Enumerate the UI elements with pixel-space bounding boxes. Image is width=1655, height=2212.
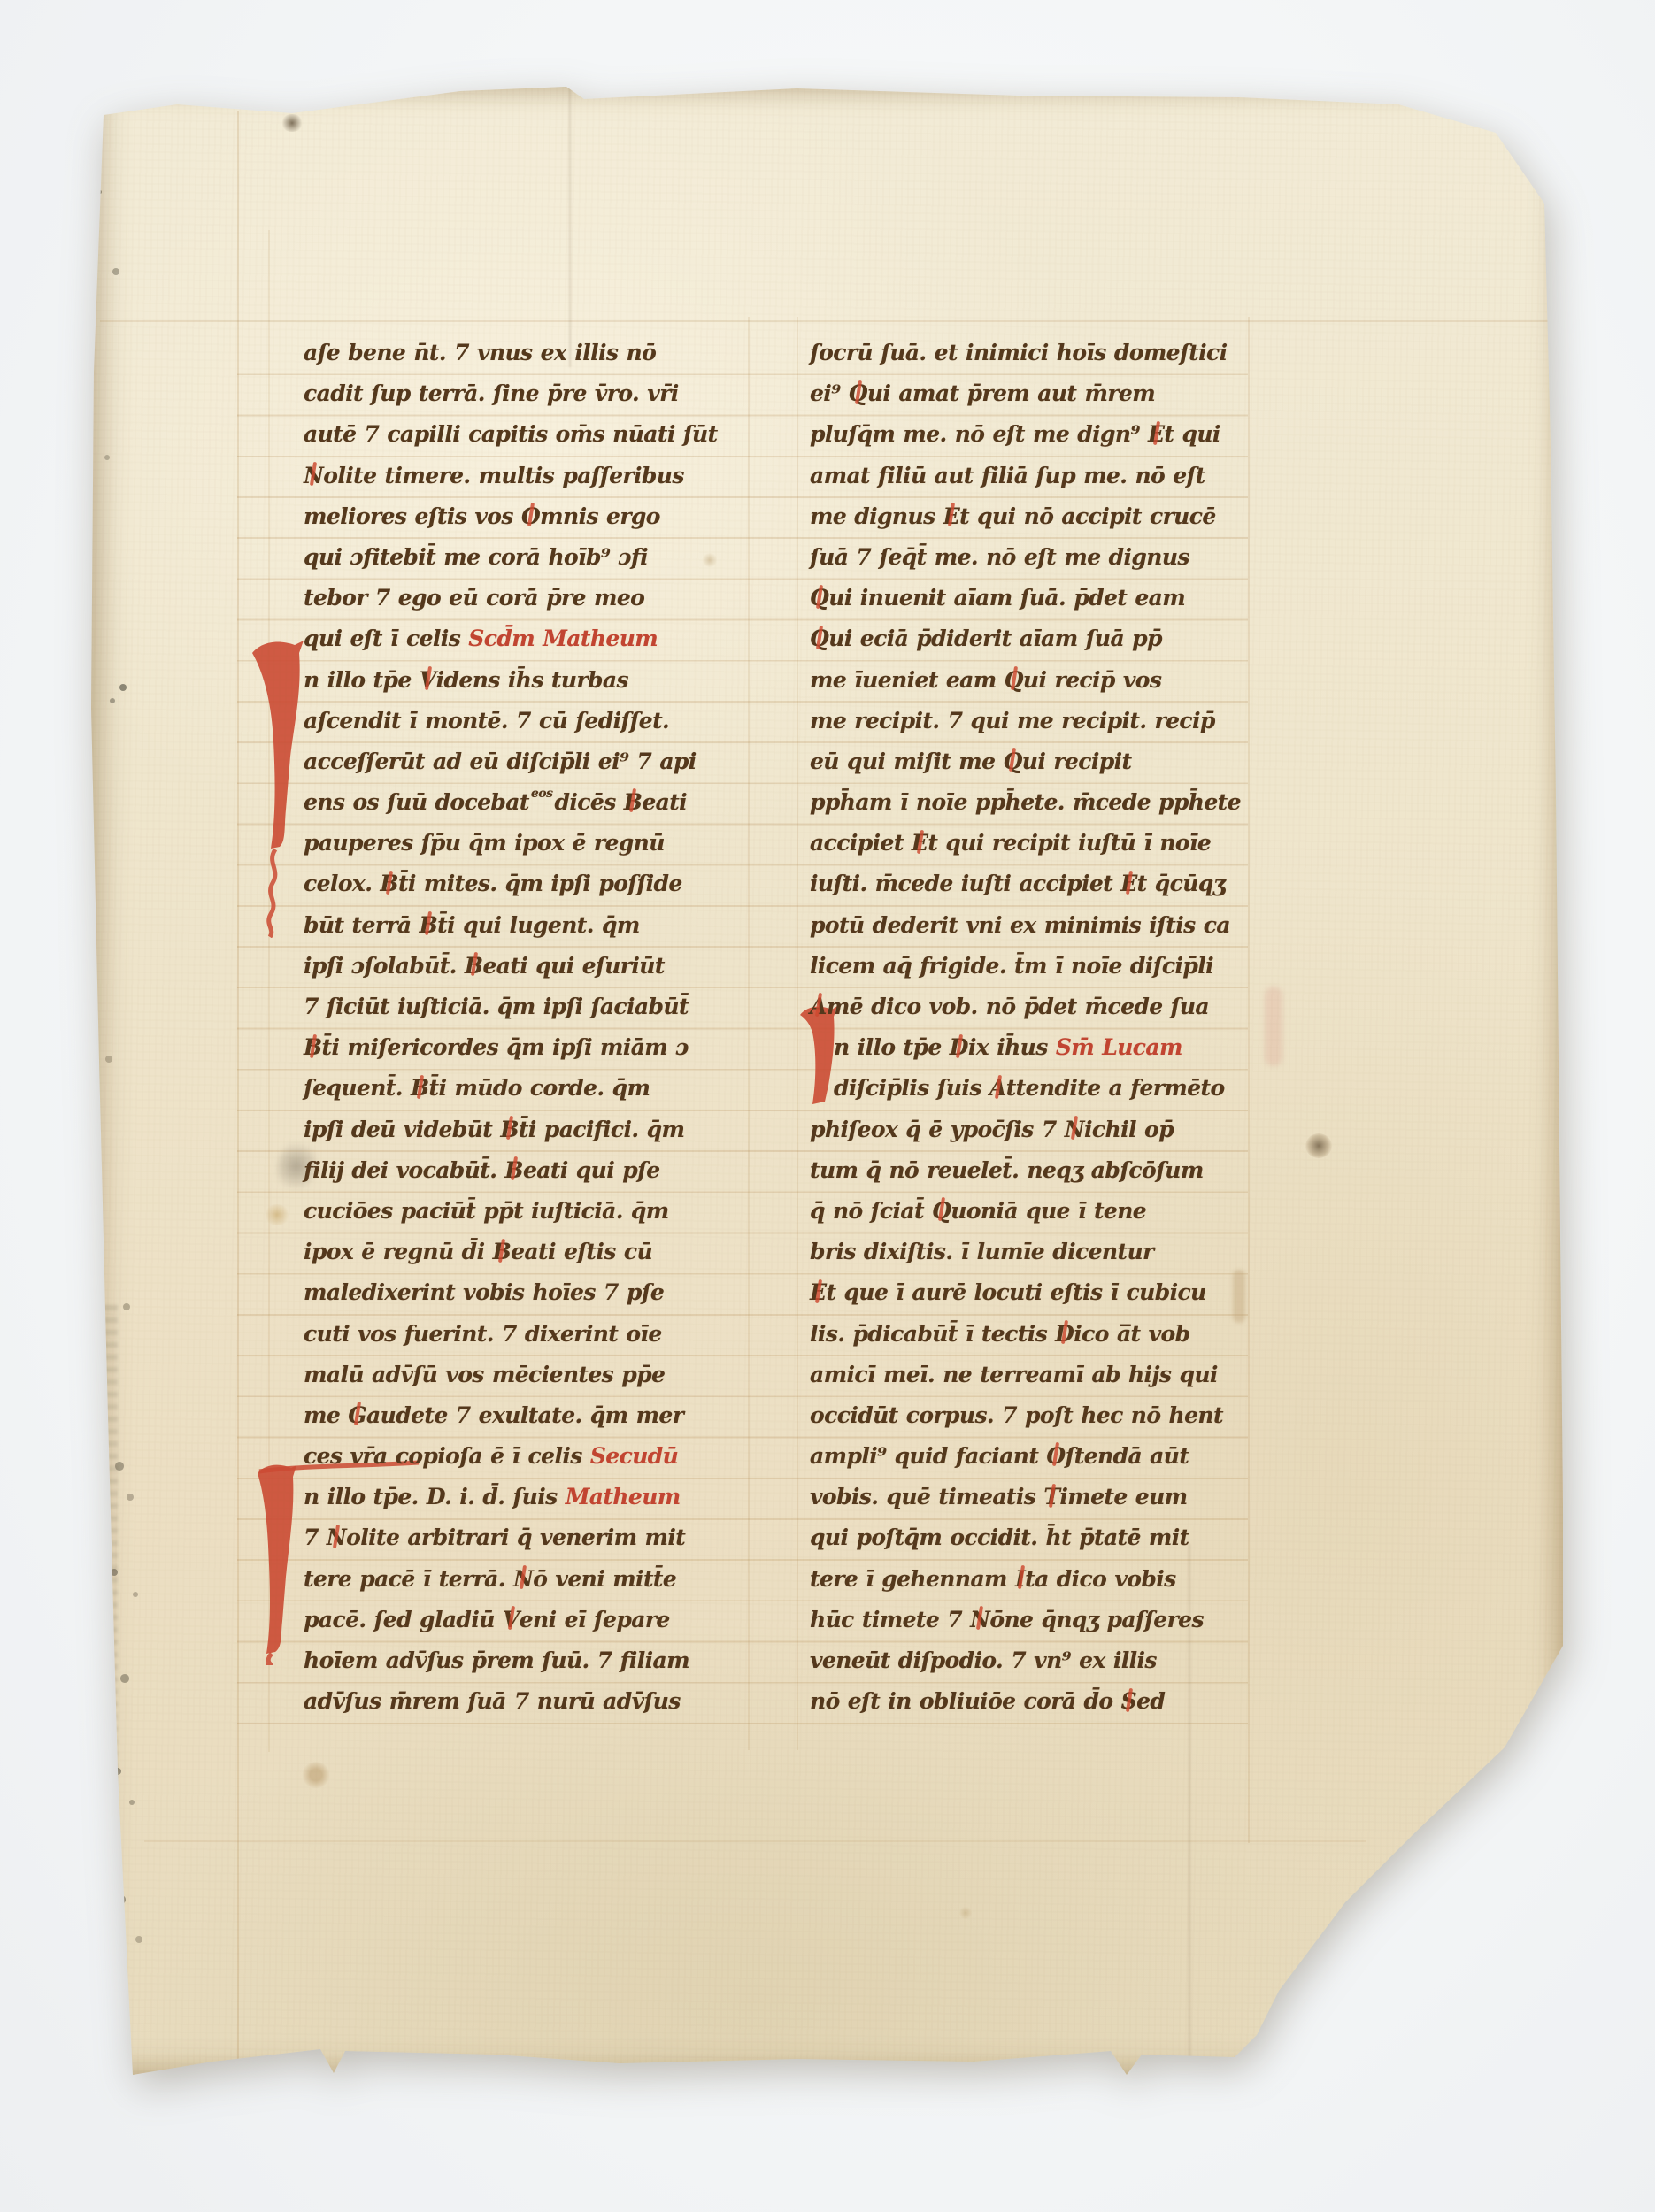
- text-line: ipſi ɔſolabūt̄. Beati qui eſuriūt: [304, 946, 751, 987]
- text-line: Nolite timere. multis paſſeribus: [304, 456, 751, 496]
- body-text: ipſi deū videbūt: [304, 1117, 500, 1142]
- body-text: ix ih̄us: [968, 1034, 1056, 1060]
- manuscript-leaf: aſe bene n̄t. 7 vnus ex illis nōcadit ſu…: [91, 84, 1565, 2079]
- text-line: cadit ſup terrā. ſine p̄re v̄ro. vr̄i: [304, 373, 751, 414]
- body-text: ttendite a fermēto: [1006, 1075, 1225, 1101]
- text-line: ſuā 7 ſeq̄t̄ me. nō eſt me dignus: [810, 537, 1252, 578]
- body-text: t qui: [1164, 421, 1220, 447]
- body-text: ed: [1136, 1688, 1165, 1714]
- body-text: D: [950, 1027, 968, 1068]
- body-text: 7 ſiciūt iuſticiā. q̄m ipſi ſaciabūt̄: [304, 994, 689, 1019]
- photo-background: aſe bene n̄t. 7 vnus ex illis nōcadit ſu…: [0, 0, 1655, 2212]
- text-line: me recipit. 7 qui me recipit. recip̄: [810, 701, 1252, 741]
- body-text: mnis ergo: [540, 503, 660, 529]
- text-line: iuſti. m̄cede iuſti accipiet Et q̄cūqʒ: [810, 864, 1252, 904]
- ruling-col2-left: [797, 317, 798, 1750]
- text-line: tebor 7 ego eū corā p̄re meo: [304, 578, 751, 618]
- body-text: ō veni mitt̄e: [533, 1566, 676, 1592]
- body-text: filij dei vocabūt̄.: [304, 1157, 504, 1183]
- body-text: me recipit. 7 qui me recipit. recip̄: [810, 708, 1215, 733]
- body-text: hoīem adv̄ſus p̄rem ſuū. 7 filiam: [304, 1647, 689, 1673]
- ruling-left-bound-outer: [237, 111, 239, 2062]
- text-line: vobis. quē timeatis Timete eum: [810, 1477, 1252, 1517]
- text-line: qui poſtq̄m occidit. h̄t p̄tatē mit: [810, 1517, 1252, 1558]
- body-text: t qui recipit iuſtū ī noīe: [928, 830, 1211, 856]
- body-text: maledixerint vobis hoīes 7 pſe: [304, 1279, 664, 1305]
- body-text: E: [1120, 864, 1136, 904]
- body-text: eati qui eſuriūt: [482, 953, 664, 979]
- body-text: ta dico vobis: [1025, 1566, 1175, 1592]
- body-text: E: [912, 823, 928, 864]
- text-line: acceſſerūt ad eū diſcip̄li ei⁹ 7 api: [304, 741, 751, 782]
- body-text: mē dico vob. nō p̄det m̄cede ſua: [827, 994, 1209, 1019]
- body-text: vobis. quē timeatis: [810, 1484, 1043, 1509]
- body-text: A: [989, 1068, 1006, 1109]
- body-text: B: [465, 946, 483, 987]
- body-text: t̄i mūdo corde. q̄m: [429, 1075, 650, 1101]
- body-text: me dignus: [810, 503, 943, 529]
- text-line: maledixerint vobis hoīes 7 pſe: [304, 1272, 751, 1313]
- body-text: pluſq̄m me. nō eſt me dign⁹: [810, 421, 1148, 447]
- body-text: Q: [1004, 741, 1022, 782]
- body-text: G: [348, 1395, 366, 1436]
- body-text: autē 7 capilli capitis om̄s nūati ſūt: [304, 421, 718, 447]
- text-line: occidūt corpus. 7 poſt hec nō hent: [810, 1395, 1252, 1436]
- body-text: n illo tp̄e: [834, 1034, 950, 1060]
- body-text: eati qui pſe: [523, 1157, 660, 1183]
- crease-top: [569, 84, 571, 367]
- text-line: amat filiū aut filiā ſup me. nō eſt: [810, 456, 1252, 496]
- body-text: nō eſt in obliuiōe corā d̄o: [810, 1688, 1121, 1714]
- body-text: N: [1065, 1110, 1084, 1150]
- body-text: B: [493, 1232, 512, 1272]
- body-text: veneūt diſpodio. 7 vn⁹ ex illis: [810, 1647, 1157, 1673]
- body-text: bris dixiſtis. ī lumīe dicentur: [810, 1239, 1154, 1264]
- text-line: me dignus Et qui nō accipit crucē: [810, 496, 1252, 537]
- text-line: tum q̄ nō reuelet̄. neqʒ abſcōſum: [810, 1150, 1252, 1191]
- body-text: olite arbitrari q̄ venerim mit: [346, 1525, 685, 1550]
- body-text: t qui nō accipit crucē: [959, 503, 1216, 529]
- body-text: Q: [849, 373, 867, 414]
- body-text: cadit ſup terrā. ſine p̄re v̄ro. vr̄i: [304, 380, 679, 406]
- body-text: D: [1055, 1314, 1074, 1355]
- body-text: B: [624, 782, 643, 823]
- text-line: pluſq̄m me. nō eſt me dign⁹ Et qui: [810, 414, 1252, 455]
- body-text: ui inuenit aīam ſuā. p̄det eam: [828, 585, 1185, 611]
- body-text: ipſi ɔſolabūt̄.: [304, 953, 465, 979]
- body-text: E: [1148, 414, 1164, 455]
- body-text: B: [304, 1027, 322, 1068]
- body-text: aſe bene n̄t. 7 vnus ex illis nō: [304, 340, 656, 365]
- body-text: V: [420, 660, 436, 701]
- text-line: eū qui miſit me Qui recipit: [810, 741, 1252, 782]
- text-line: aſe bene n̄t. 7 vnus ex illis nō: [304, 333, 751, 373]
- text-line: hūc timete 7 Nōne q̄nqʒ paſſeres: [810, 1600, 1252, 1640]
- text-line: Qui eciā p̄diderit aīam ſuā pp̄: [810, 618, 1252, 659]
- body-text: ei⁹: [810, 380, 849, 406]
- text-line: hoīem adv̄ſus p̄rem ſuū. 7 filiam: [304, 1640, 751, 1681]
- body-text: uoniā que ī tene: [951, 1198, 1146, 1224]
- body-text: lis. p̄dicabūt̄ ī tectis: [810, 1321, 1055, 1347]
- body-text: qui poſtq̄m occidit. h̄t p̄tatē mit: [810, 1525, 1189, 1550]
- body-text: ico a̅t vob: [1074, 1321, 1189, 1347]
- text-line: filij dei vocabūt̄. Beati qui pſe: [304, 1150, 751, 1191]
- body-text: q̄ nō ſciat̄: [810, 1198, 932, 1224]
- rubric-text: Sm̄ Lucam: [1056, 1034, 1182, 1060]
- text-line: Amē dico vob. nō p̄det m̄cede ſua: [810, 987, 1252, 1027]
- rubric-text: Scd̄m Matheum: [468, 626, 658, 651]
- text-line: tere pacē ī terrā. Nō veni mitt̄e: [304, 1559, 751, 1600]
- text-line: n illo tp̄e. D. i. d̄. ſuis Matheum: [304, 1477, 751, 1517]
- yellow-spot: [264, 1204, 290, 1225]
- rubric-text: Secudū: [590, 1443, 678, 1469]
- body-text: imete eum: [1059, 1484, 1187, 1509]
- interlinear-correction: eos: [531, 787, 553, 800]
- body-text: t que ī aurē locuti eſtis ī cubicu: [826, 1279, 1205, 1305]
- body-text: T: [1043, 1477, 1059, 1517]
- body-text: tum q̄ nō reuelet̄. neqʒ abſcōſum: [810, 1157, 1204, 1183]
- body-text: t q̄cūqʒ: [1137, 871, 1226, 896]
- body-text: N: [327, 1517, 346, 1558]
- body-text: ui eciā p̄diderit aīam ſuā pp̄: [828, 626, 1162, 651]
- body-text: idens ih̄s turbas: [436, 667, 628, 693]
- body-text: acceſſerūt ad eū diſcip̄li ei⁹ 7 api: [304, 749, 697, 774]
- text-line: ipox ē regnū d̄i Beati eſtis cū: [304, 1232, 751, 1272]
- text-line: qui eſt ī celis Scd̄m Matheum: [304, 618, 751, 659]
- text-line: n illo tp̄e Videns ih̄s turbas: [304, 660, 751, 701]
- body-text: hūc timete 7: [810, 1607, 970, 1632]
- body-text: B: [504, 1150, 523, 1191]
- text-line: 7 Nolite arbitrari q̄ venerim mit: [304, 1517, 751, 1558]
- body-text: accipiet: [810, 830, 912, 856]
- body-text: būt terrā: [304, 912, 420, 938]
- body-text: licem aq̄ frigide. t̄m ī noīe diſcip̄li: [810, 953, 1213, 979]
- body-text: n illo tp̄e: [304, 667, 420, 693]
- text-line: me īueniet eam Qui recip̄ vos: [810, 660, 1252, 701]
- body-text: adv̄ſus m̄rem ſuā 7 nurū adv̄ſus: [304, 1688, 681, 1714]
- body-text: malū adv̄ſū vos mēcientes pp̄e: [304, 1362, 665, 1387]
- text-line: nō eſt in obliuiōe corā d̄o Sed: [810, 1681, 1252, 1722]
- body-text: ampli⁹ quid faciant: [810, 1443, 1046, 1469]
- left-edge-speckles: [98, 190, 102, 194]
- body-text: N: [970, 1600, 989, 1640]
- body-text: aſcendit ī montē. 7 cū ſediſſet.: [304, 708, 669, 733]
- body-text: amat filiū aut filiā ſup me. nō eſt: [810, 463, 1205, 488]
- body-text: eni eī ſepare: [520, 1607, 670, 1632]
- body-text: S: [1121, 1681, 1136, 1722]
- body-text: E: [810, 1272, 826, 1313]
- text-line: ces vr̄a copioſa ē ī celis Secudū: [304, 1436, 751, 1477]
- body-text: tebor 7 ego eū corā p̄re meo: [304, 585, 644, 611]
- body-text: B: [500, 1110, 519, 1150]
- text-line: pph̄am ī noīe pph̄ete. m̄cede pph̄ete: [810, 782, 1252, 823]
- text-line: Bt̄i miſericordes q̄m ipſi miām ɔ: [304, 1027, 751, 1068]
- body-text: n illo tp̄e. D. i. d̄. ſuis: [304, 1484, 566, 1509]
- body-text: Q: [810, 618, 828, 659]
- body-text: Q: [810, 578, 828, 618]
- body-text: B: [420, 905, 438, 946]
- body-text: ui recipit: [1022, 749, 1132, 774]
- ruling-left-bound-inner: [268, 230, 270, 1752]
- dark-blob-right: [1305, 1133, 1332, 1158]
- text-line: q̄ nō ſciat̄ Quoniā que ī tene: [810, 1191, 1252, 1232]
- body-text: ui recip̄ vos: [1023, 667, 1161, 693]
- body-text: iuſti. m̄cede iuſti accipiet: [810, 871, 1120, 896]
- body-text: olite timere. multis paſſeribus: [323, 463, 684, 488]
- body-text: cuciōes paciūt̄ pp̄t iuſticiā. q̄m: [304, 1198, 669, 1224]
- body-text: O: [521, 496, 540, 537]
- text-line: potū dederit vni ex minimis iſtis ca: [810, 905, 1252, 946]
- body-text: qui ɔfitebit̄ me corā hoīb⁹ ɔfi: [304, 544, 648, 570]
- text-line: celox. Bt̄i mites. q̄m ipſi poſſide: [304, 864, 751, 904]
- body-text: V: [503, 1600, 520, 1640]
- body-text: eati eſtis cū: [511, 1239, 652, 1264]
- text-line: aſcendit ī montē. 7 cū ſediſſet.: [304, 701, 751, 741]
- body-text: eati: [642, 789, 687, 815]
- text-line: ampli⁹ quid faciant Oſtendā aūt: [810, 1436, 1252, 1477]
- text-line: cuti vos fuerint. 7 dixerint oīe: [304, 1314, 751, 1355]
- body-text: dicēs: [554, 789, 623, 815]
- body-text: occidūt corpus. 7 poſt hec nō hent: [810, 1402, 1223, 1428]
- text-line: phiſeox q̄ ē ypoc̄ſis 7 Nichil op̄: [810, 1110, 1252, 1150]
- left-edge-wear: [91, 1305, 118, 2075]
- body-text: meliores eſtis vos: [304, 503, 521, 529]
- text-line: me Gaudete 7 exultate. q̄m mer: [304, 1395, 751, 1436]
- foxing-dot-2: [958, 1907, 973, 1919]
- text-line: ſequent̄. Bt̄i mūdo corde. q̄m: [304, 1068, 751, 1109]
- body-text: phiſeox q̄ ē ypoc̄ſis 7: [810, 1117, 1065, 1142]
- body-text: 7: [304, 1525, 327, 1550]
- body-text: E: [943, 496, 959, 537]
- round-stain-lower-left: [302, 1762, 330, 1788]
- text-line: Et que ī aurē locuti eſtis ī cubicu: [810, 1272, 1252, 1313]
- text-line: pauperes ſp̄u q̄m ipox ē regnū: [304, 823, 751, 864]
- body-text: ōne q̄nqʒ paſſeres: [989, 1607, 1204, 1632]
- body-text: pauperes ſp̄u q̄m ipox ē regnū: [304, 830, 665, 856]
- body-text: ipox ē regnū d̄i: [304, 1239, 493, 1264]
- body-text: ſtendā aūt: [1066, 1443, 1189, 1469]
- body-text: N: [304, 456, 323, 496]
- text-line: veneūt diſpodio. 7 vn⁹ ex illis: [810, 1640, 1252, 1681]
- ruling-lower-horizontal: [144, 1840, 1366, 1842]
- body-text: ichil op̄: [1084, 1117, 1174, 1142]
- text-line: bris dixiſtis. ī lumīe dicentur: [810, 1232, 1252, 1272]
- text-line: n illo tp̄e Dix ih̄us Sm̄ Lucam: [810, 1027, 1252, 1068]
- text-line: ipſi deū videbūt Bt̄i pacifici. q̄m: [304, 1110, 751, 1150]
- text-line: būt terrā Bt̄i qui lugent. q̄m: [304, 905, 751, 946]
- body-text: B: [380, 864, 398, 904]
- pink-offset-smudge: [1265, 987, 1282, 1066]
- ruling-top-horizontal: [100, 320, 1551, 322]
- body-text: tere pacē ī terrā.: [304, 1566, 513, 1592]
- rubric-text: Matheum: [566, 1484, 681, 1509]
- body-text: Q: [932, 1191, 951, 1232]
- body-text: ens os ſuū docebat: [304, 789, 529, 815]
- text-line: amicī meī. ne terreamī ab hijs qui: [810, 1355, 1252, 1395]
- text-line: malū adv̄ſū vos mēcientes pp̄e: [304, 1355, 751, 1395]
- text-column-left: aſe bene n̄t. 7 vnus ex illis nōcadit ſu…: [304, 333, 751, 1722]
- body-text: t̄i miſericordes q̄m ipſi miām ɔ: [322, 1034, 689, 1060]
- body-text: Q: [1005, 660, 1023, 701]
- top-edge-blot: [281, 114, 304, 132]
- body-text: t̄i pacifici. q̄m: [519, 1117, 684, 1142]
- body-text: ſuā 7 ſeq̄t̄ me. nō eſt me dignus: [810, 544, 1189, 570]
- body-text: A: [810, 987, 827, 1027]
- text-line: pacē. ſed gladiū Veni eī ſepare: [304, 1600, 751, 1640]
- text-line: adv̄ſus m̄rem ſuā 7 nurū adv̄ſus: [304, 1681, 751, 1722]
- body-text: t̄i qui lugent. q̄m: [437, 912, 640, 938]
- body-text: pph̄am ī noīe pph̄ete. m̄cede pph̄ete: [810, 789, 1241, 815]
- body-text: B: [411, 1068, 429, 1109]
- text-line: diſcip̄lis ſuis Attendite a fermēto: [810, 1068, 1252, 1109]
- text-column-right: ſocrū ſuā. et inimici hoīs domeſticiei⁹ …: [810, 333, 1252, 1722]
- body-text: N: [513, 1559, 533, 1600]
- body-text: ces vr̄a copioſa ē ī celis: [304, 1443, 590, 1469]
- text-line: Qui inuenit aīam ſuā. p̄det eam: [810, 578, 1252, 618]
- body-text: me īueniet eam: [810, 667, 1005, 693]
- body-text: eū qui miſit me: [810, 749, 1004, 774]
- text-line: meliores eſtis vos Omnis ergo: [304, 496, 751, 537]
- text-line: licem aq̄ frigide. t̄m ī noīe diſcip̄li: [810, 946, 1252, 987]
- text-line: tere ī gehennam Ita dico vobis: [810, 1559, 1252, 1600]
- body-text: potū dederit vni ex minimis iſtis ca: [810, 912, 1230, 938]
- text-line: ſocrū ſuā. et inimici hoīs domeſtici: [810, 333, 1252, 373]
- body-text: celox.: [304, 871, 380, 896]
- text-line: ei⁹ Qui amat p̄rem aut m̄rem: [810, 373, 1252, 414]
- text-line: ens os ſuū docebateosdicēs Beati: [304, 782, 751, 823]
- body-text: pacē. ſed gladiū: [304, 1607, 503, 1632]
- body-text: ſequent̄.: [304, 1075, 411, 1101]
- text-line: cuciōes paciūt̄ pp̄t iuſticiā. q̄m: [304, 1191, 751, 1232]
- body-text: t̄i mites. q̄m ipſi poſſide: [398, 871, 682, 896]
- body-text: ui amat p̄rem aut m̄rem: [867, 380, 1155, 406]
- text-line: 7 ſiciūt iuſticiā. q̄m ipſi ſaciabūt̄: [304, 987, 751, 1027]
- body-text: ſocrū ſuā. et inimici hoīs domeſtici: [810, 340, 1228, 365]
- body-text: audete 7 exultate. q̄m mer: [366, 1402, 683, 1428]
- body-text: O: [1046, 1436, 1065, 1477]
- text-line: autē 7 capilli capitis om̄s nūati ſūt: [304, 414, 751, 455]
- body-text: cuti vos fuerint. 7 dixerint oīe: [304, 1321, 662, 1347]
- body-text: qui eſt ī celis: [304, 626, 468, 651]
- body-text: me: [304, 1402, 348, 1428]
- text-line: lis. p̄dicabūt̄ ī tectis Dico a̅t vob: [810, 1314, 1252, 1355]
- body-text: diſcip̄lis ſuis: [834, 1075, 989, 1101]
- body-text: I: [1015, 1559, 1025, 1600]
- body-text: tere ī gehennam: [810, 1566, 1015, 1592]
- text-line: qui ɔfitebit̄ me corā hoīb⁹ ɔfi: [304, 537, 751, 578]
- body-text: amicī meī. ne terreamī ab hijs qui: [810, 1362, 1218, 1387]
- text-line: accipiet Et qui recipit iuſtū ī noīe: [810, 823, 1252, 864]
